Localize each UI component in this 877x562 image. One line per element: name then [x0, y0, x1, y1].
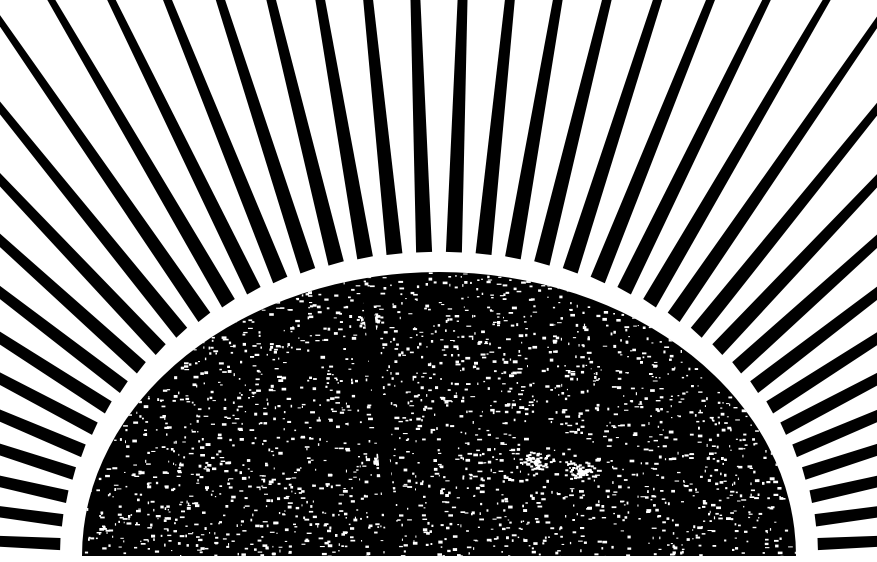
sun-illustration: [0, 0, 877, 562]
sun-disc: [82, 272, 800, 558]
sun-ray: [446, 0, 475, 253]
sun-ray: [591, 0, 817, 283]
sun-ray: [62, 0, 288, 283]
sun-ray: [403, 0, 432, 253]
sun-artwork: [0, 0, 877, 562]
